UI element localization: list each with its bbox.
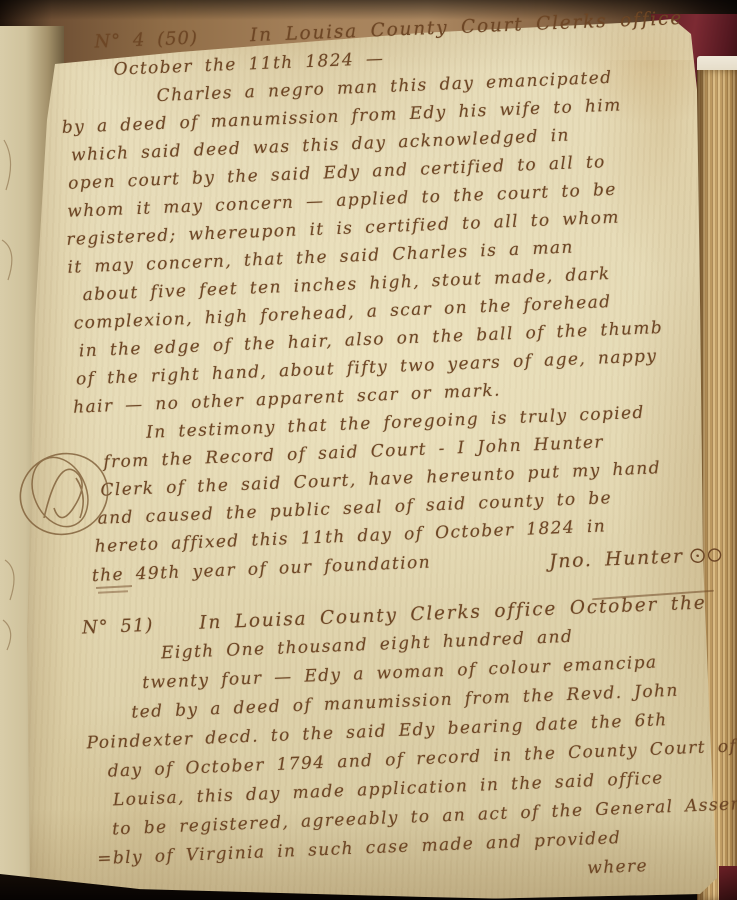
clerk-monogram-flourish-icon	[14, 438, 118, 546]
signature-text: Jno. Hunter	[549, 542, 685, 575]
record-book-photo: N° 4 (50) In Louisa County Court Clerks …	[0, 0, 737, 900]
clerk-signature: Jno. Hunter	[549, 541, 729, 576]
maroon-cloth-corner	[719, 866, 737, 900]
entry-no-50: N° 4 (50) In Louisa County Court Clerks …	[58, 4, 728, 591]
handwritten-text: N° 4 (50) In Louisa County Court Clerks …	[58, 4, 737, 900]
previous-page-writing-marks	[0, 100, 26, 660]
entry-no-51: N° 51) In Louisa County Clerks office Oc…	[81, 588, 737, 900]
double-circle-clerk-mark-icon	[689, 547, 724, 564]
entry2-number: N° 51)	[81, 611, 154, 643]
